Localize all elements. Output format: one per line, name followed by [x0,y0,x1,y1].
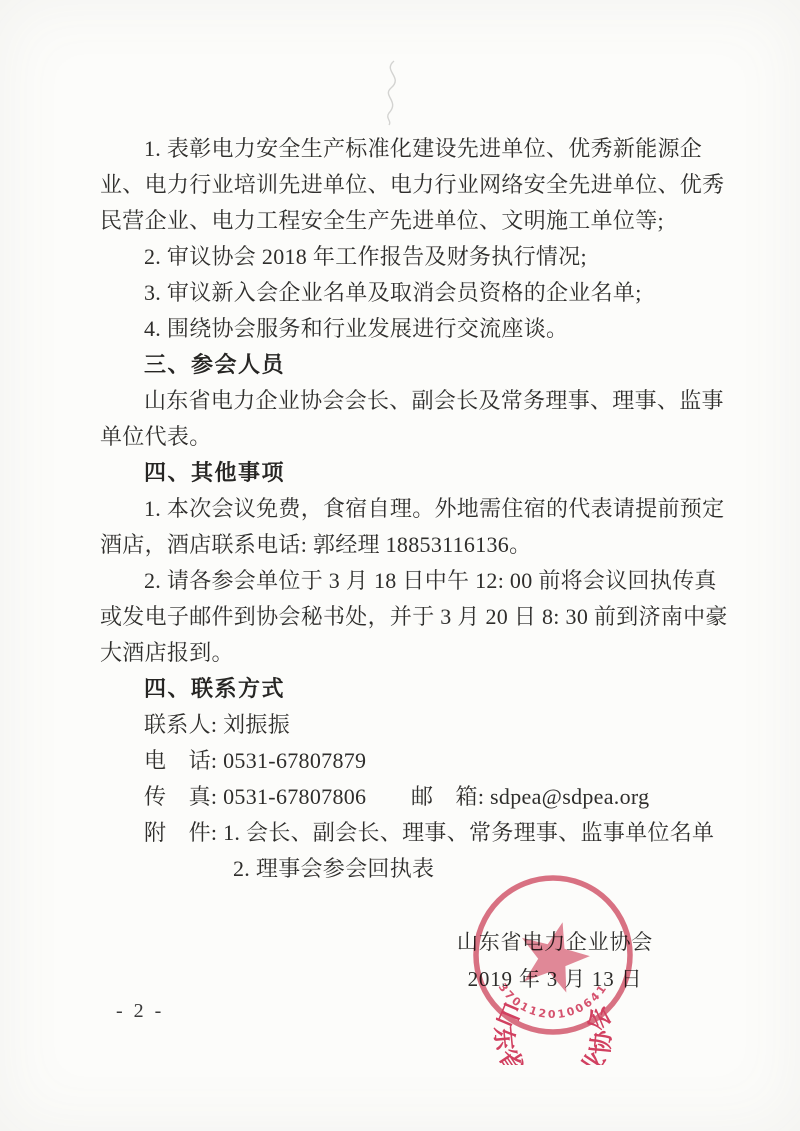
doc-line: 业、电力行业培训先进单位、电力行业网络安全先进单位、优秀 [100,167,720,203]
section-heading-contact: 四、联系方式 [100,671,720,707]
doc-line: 山东省电力企业协会会长、副会长及常务理事、理事、监事 [100,383,720,419]
section-heading-other-matters: 四、其他事项 [100,455,720,491]
doc-line: 单位代表。 [100,419,720,455]
doc-line: 或发电子邮件到协会秘书处，并于 3 月 20 日 8: 30 前到济南中豪 [100,599,720,635]
seal-star-icon [522,922,590,992]
doc-line: 4. 围绕协会服务和行业发展进行交流座谈。 [100,311,720,347]
doc-line: 酒店，酒店联系电话: 郭经理 18853116136。 [100,527,720,563]
doc-line: 3. 审议新入会企业名单及取消会员资格的企业名单; [100,275,720,311]
section-heading-attendees: 三、参会人员 [100,347,720,383]
official-seal: 山东省电力企业协会 3701120100641 [443,845,663,1065]
doc-line: 大酒店报到。 [100,635,720,671]
doc-line: 2. 请各参会单位于 3 月 18 日中午 12: 00 前将会议回执传真 [100,563,720,599]
doc-line: 1. 本次会议免费，食宿自理。外地需住宿的代表请提前预定 [100,491,720,527]
doc-line: 1. 表彰电力安全生产标准化建设先进单位、优秀新能源企 [100,131,720,167]
scan-artifact-squiggle [362,55,422,135]
page-number: - 2 - [116,1000,164,1023]
doc-line: 2. 审议协会 2018 年工作报告及财务执行情况; [100,239,720,275]
document-body: 1. 表彰电力安全生产标准化建设先进单位、优秀新能源企 业、电力行业培训先进单位… [100,131,720,887]
contact-person-line: 联系人: 刘振振 [100,707,720,743]
fax-email-line: 传 真: 0531-67807806 邮 箱: sdpea@sdpea.org [100,779,720,815]
doc-line: 民营企业、电力工程安全生产先进单位、文明施工单位等; [100,203,720,239]
scanned-document-page: 1. 表彰电力安全生产标准化建设先进单位、优秀新能源企 业、电力行业培训先进单位… [0,0,800,1131]
phone-line: 电 话: 0531-67807879 [100,743,720,779]
